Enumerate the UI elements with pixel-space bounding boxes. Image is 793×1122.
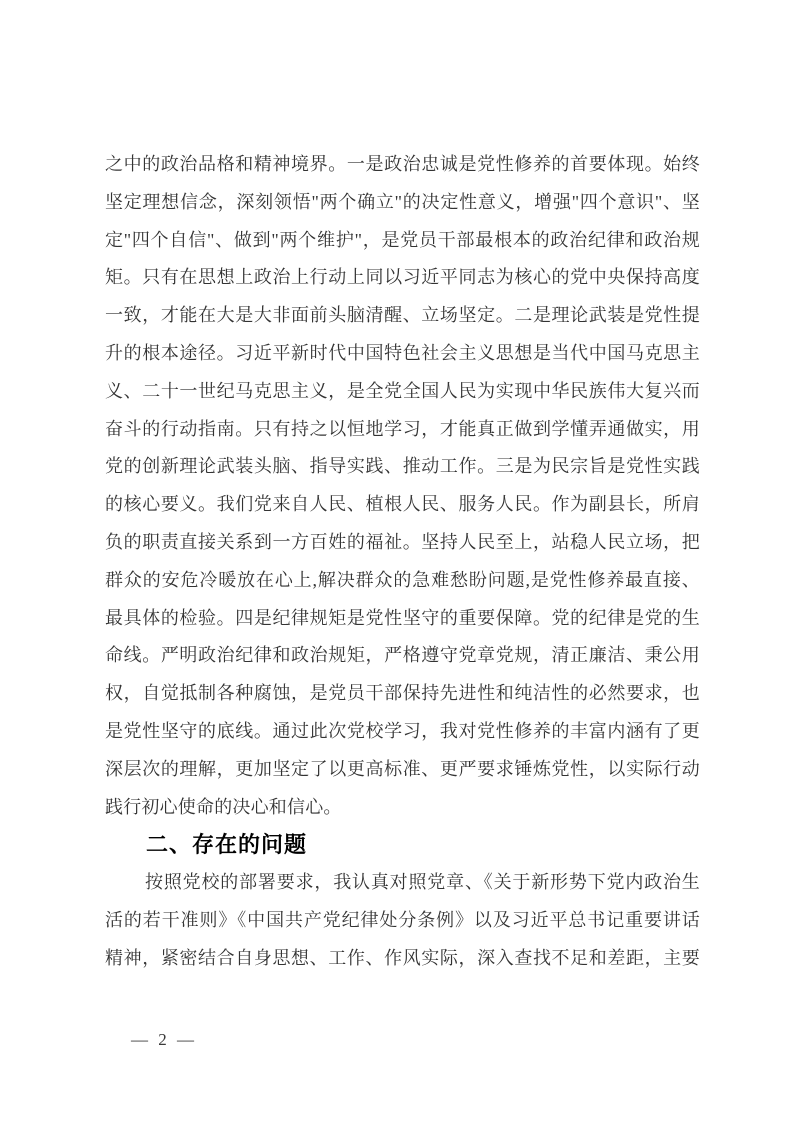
text-line: 精神，紧密结合自身思想、工作、作风实际，深入查找不足和差距，主要 — [105, 940, 700, 978]
text-line: 践行初心使命的决心和信心。 — [105, 789, 700, 827]
text-line: 是党性坚守的底线。通过此次党校学习，我对党性修养的丰富内涵有了更 — [105, 713, 700, 751]
text-line: 群众的安危冷暖放在心上,解决群众的急难愁盼问题,是党性修养最直接、 — [105, 562, 700, 600]
text-line: 活的若干准则》《中国共产党纪律处分条例》以及习近平总书记重要讲话 — [105, 902, 700, 940]
text-line: 党的创新理论武装头脑、指导实践、推动工作。三是为民宗旨是党性实践 — [105, 448, 700, 486]
text-line: 最具体的检验。四是纪律规矩是党性坚守的重要保障。党的纪律是党的生 — [105, 600, 700, 638]
text-line: 奋斗的行动指南。只有持之以恒地学习，才能真正做到学懂弄通做实，用 — [105, 411, 700, 449]
text-line: 深层次的理解，更加坚定了以更高标准、更严要求锤炼党性，以实际行动 — [105, 751, 700, 789]
page-number: — 2 — — [131, 1028, 197, 1052]
text-line: 升的根本途径。习近平新时代中国特色社会主义思想是当代中国马克思主 — [105, 335, 700, 373]
text-line: 负的职责直接关系到一方百姓的福祉。坚持人民至上，站稳人民立场，把 — [105, 524, 700, 562]
text-line: 按照党校的部署要求，我认真对照党章、《关于新形势下党内政治生 — [105, 864, 700, 902]
text-line: 之中的政治品格和精神境界。一是政治忠诚是党性修养的首要体现。始终 — [105, 146, 700, 184]
text-line: 矩。只有在思想上政治上行动上同以习近平同志为核心的党中央保持高度 — [105, 259, 700, 297]
paragraph-problems-intro: 按照党校的部署要求，我认真对照党章、《关于新形势下党内政治生活的若干准则》《中国… — [105, 864, 700, 977]
text-line: 命线。严明政治纪律和政治规矩，严格遵守党章党规，清正廉洁、秉公用 — [105, 637, 700, 675]
text-line: 权，自觉抵制各种腐蚀，是党员干部保持先进性和纯洁性的必然要求，也 — [105, 675, 700, 713]
text-line: 定"四个自信"、做到"两个维护"，是党员干部最根本的政治纪律和政治规 — [105, 222, 700, 260]
text-line: 一致，才能在大是大非面前头脑清醒、立场坚定。二是理论武装是党性提 — [105, 297, 700, 335]
text-line: 义、二十一世纪马克思主义，是全党全国人民为实现中华民族伟大复兴而 — [105, 373, 700, 411]
text-line: 坚定理想信念，深刻领悟"两个确立"的决定性意义，增强"四个意识"、坚 — [105, 184, 700, 222]
text-line: 的核心要义。我们党来自人民、植根人民、服务人民。作为副县长，所肩 — [105, 486, 700, 524]
section-heading-existing-problems: 二、存在的问题 — [105, 826, 700, 864]
paragraph-party-spirit-cultivation: 之中的政治品格和精神境界。一是政治忠诚是党性修养的首要体现。始终坚定理想信念，深… — [105, 146, 700, 826]
document-body: 之中的政治品格和精神境界。一是政治忠诚是党性修养的首要体现。始终坚定理想信念，深… — [105, 146, 700, 978]
document-page: 之中的政治品格和精神境界。一是政治忠诚是党性修养的首要体现。始终坚定理想信念，深… — [0, 0, 793, 1122]
